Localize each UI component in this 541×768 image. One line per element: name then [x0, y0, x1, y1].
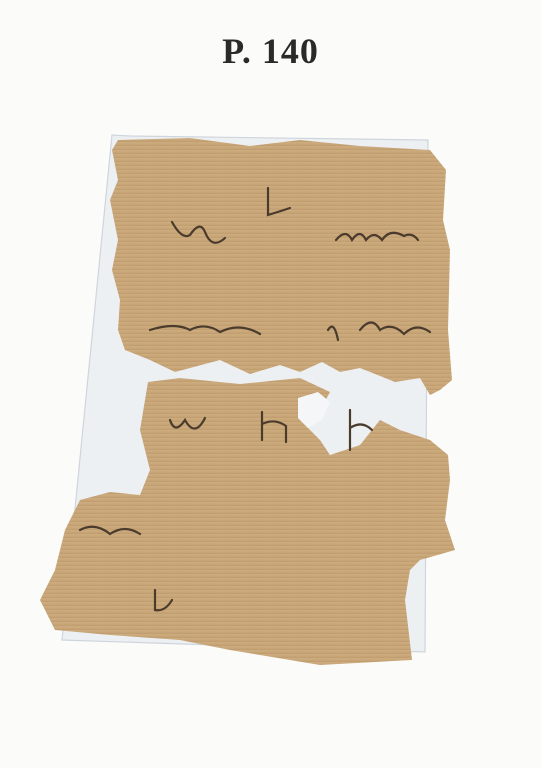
upper-fragment	[110, 138, 452, 395]
papyrus-photo	[0, 0, 541, 768]
papyrus-fragment	[0, 0, 541, 768]
